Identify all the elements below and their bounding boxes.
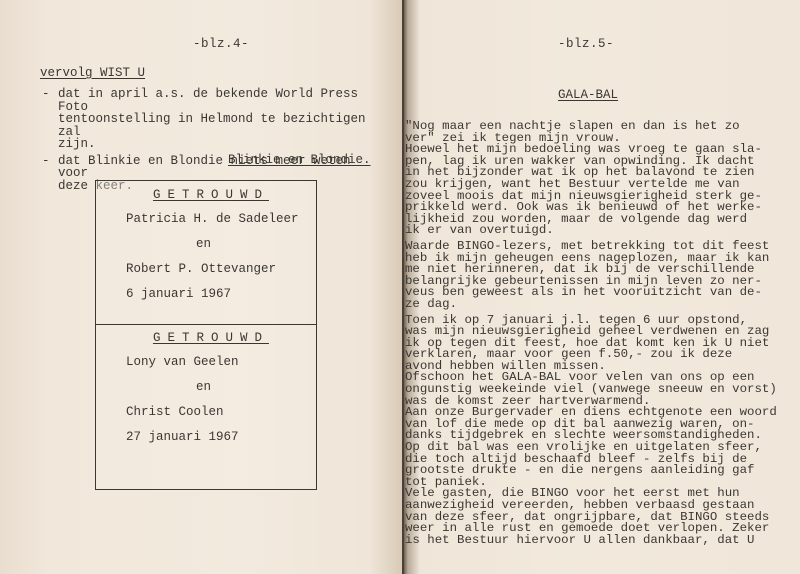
- marriage-announcements-box: GETROUWD Patricia H. de Sadeleer en Robe…: [95, 180, 317, 490]
- paragraph: Waarde BINGO-lezers, met betrekking tot …: [405, 241, 800, 311]
- paragraph: Ofschoon het GALA-BAL voor velen van ons…: [405, 372, 800, 407]
- list-item-text: dat in april a.s. de bekende World Press…: [58, 88, 382, 151]
- paragraph: Hoewel het mijn bedoeling was vroeg te g…: [405, 144, 800, 237]
- announcement-title: GETROUWD: [96, 331, 316, 345]
- paragraph: Aan onze Burgervader en diens echtgenote…: [405, 407, 800, 442]
- paragraph: "Nog maar een nachtje slapen en dan is h…: [405, 121, 800, 144]
- paragraph: Toen ik op 7 januari j.l. tegen 6 uur op…: [405, 315, 800, 373]
- paragraph: Op dit bal was een vrolijke en uitgelate…: [405, 442, 800, 488]
- conjunction: en: [96, 380, 316, 394]
- left-page: -blz.4- vervolg WIST U - dat in april a.…: [0, 0, 402, 574]
- article-body: "Nog maar een nachtje slapen en dan is h…: [405, 121, 800, 546]
- bullet-dash: -: [42, 155, 58, 193]
- bullet-dash: -: [42, 88, 58, 151]
- marriage-announcement: GETROUWD Lony van Geelen en Christ Coole…: [96, 331, 316, 455]
- signature: Blinkie en Blondie.: [228, 153, 371, 167]
- paragraph: Vele gasten, die BINGO voor het eerst me…: [405, 488, 800, 546]
- announcement-title: GETROUWD: [96, 188, 316, 202]
- partner-name: Lony van Geelen: [96, 355, 316, 369]
- partner-name: Patricia H. de Sadeleer: [96, 212, 316, 226]
- right-page: -blz.5- GALA-BAL "Nog maar een nachtje s…: [402, 0, 800, 574]
- list-item: - dat in april a.s. de bekende World Pre…: [42, 88, 382, 151]
- marriage-date: 27 januari 1967: [96, 430, 316, 444]
- conjunction: en: [96, 237, 316, 251]
- marriage-announcement: GETROUWD Patricia H. de Sadeleer en Robe…: [96, 188, 316, 312]
- partner-name: Robert P. Ottevanger: [96, 262, 316, 276]
- page-number: -blz.5-: [558, 37, 614, 51]
- document-spread: -blz.4- vervolg WIST U - dat in april a.…: [0, 0, 800, 574]
- divider: [96, 324, 316, 325]
- section-heading: vervolg WIST U: [40, 66, 145, 80]
- marriage-date: 6 januari 1967: [96, 287, 316, 301]
- article-title: GALA-BAL: [558, 88, 618, 102]
- partner-name: Christ Coolen: [96, 405, 316, 419]
- page-number: -blz.4-: [193, 37, 249, 51]
